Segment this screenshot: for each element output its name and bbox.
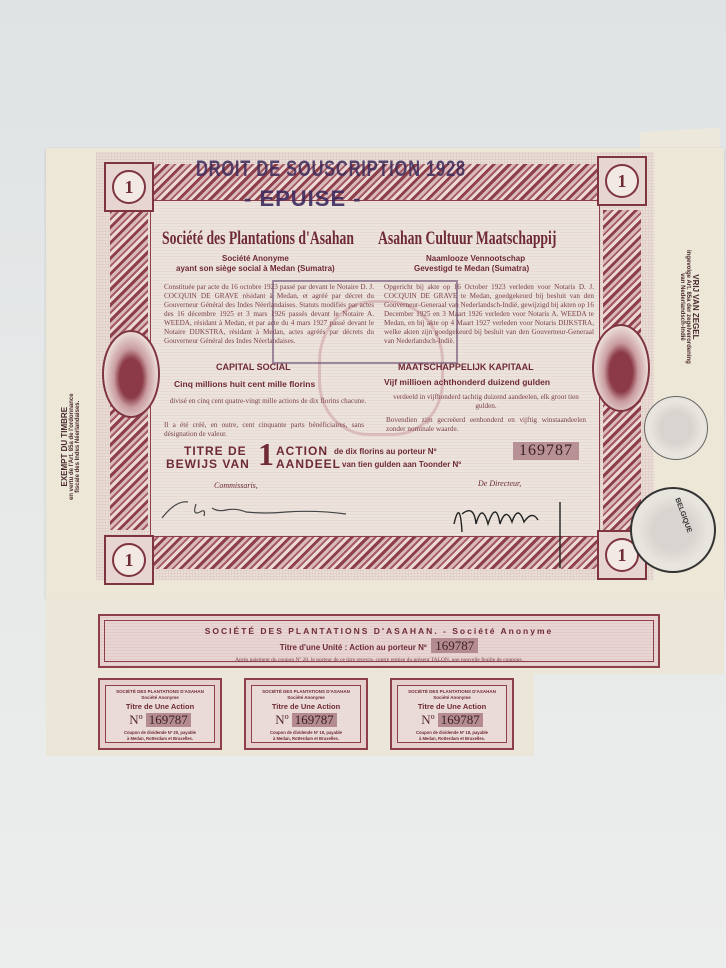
capital-division-nl: verdeeld in vijfhonderd tachtig duizend … — [386, 393, 586, 411]
embossed-seal — [644, 396, 708, 460]
belgian-tax-stamp: BELGIQUE — [630, 487, 716, 573]
share-title-nl-unit: AANDEEL — [276, 457, 341, 471]
share-count: 1 — [258, 438, 274, 470]
company-type-nl: Naamlooze Vennootschap — [426, 254, 525, 263]
forest-vignette-right — [592, 324, 650, 412]
company-type-fr: Société Anonyme — [222, 254, 289, 263]
palm-tree-vignette-left — [102, 330, 160, 418]
director-label: De Directeur, — [478, 479, 521, 488]
commissioner-label: Commissaris, — [214, 481, 258, 490]
dividend-coupon: SOCIÉTÉ DES PLANTATIONS D'ASAHAN Société… — [98, 678, 222, 750]
talon-serial-number: 169787 — [431, 638, 478, 653]
share-title-fr-unit: ACTION — [276, 444, 328, 458]
stamp-exemption-nl: VRIJ VAN ZEGEL ingevolge Art. 85a der ze… — [679, 250, 700, 364]
capital-amount-fr: Cinq millions huit cent mille florins — [174, 379, 315, 389]
coupon-serial-number: 169787 — [146, 713, 191, 727]
capital-heading-nl: MAATSCHAPPELIJK KAPITAAL — [398, 362, 534, 372]
share-title-nl-prefix: BEWIJS VAN — [166, 457, 250, 471]
dividend-coupon: SOCIÉTÉ DES PLANTATIONS D'ASAHAN Société… — [244, 678, 368, 750]
commissioner-signature — [156, 494, 356, 524]
company-seat-fr: ayant son siège social à Medan (Sumatra) — [176, 264, 335, 273]
coupon-serial-number: 169787 — [438, 713, 483, 727]
incorporation-text-fr: Constituée par acte du 16 octobre 1923 p… — [164, 283, 374, 346]
coupon-serial-number: 169787 — [292, 713, 337, 727]
capital-heading-fr: CAPITAL SOCIAL — [216, 362, 291, 372]
share-title-nl-suffix: van tien gulden aan Toonder Nº — [342, 460, 461, 469]
talon-note: Après paiement du coupon Nº 20, le porte… — [105, 657, 653, 663]
share-title-fr-suffix: de dix florins au porteur Nº — [334, 447, 437, 456]
share-serial-number: 169787 — [513, 442, 579, 460]
director-signature — [448, 494, 578, 574]
talon-unit-line: Titre d'une Unité : Action au porteur Nº — [280, 643, 427, 652]
talon-heading: SOCIÉTÉ DES PLANTATIONS D'ASAHAN. - Soci… — [105, 626, 653, 636]
capital-division-fr: divisé en cinq cent quatre-vingt mille a… — [168, 397, 368, 406]
company-name-nl: Asahan Cultuur Maatschappij — [378, 228, 556, 250]
corner-denomination-top-right: 1 — [597, 156, 647, 206]
founders-shares-nl: Bovendien zijn gecreëerd eenhonderd en v… — [386, 416, 586, 434]
company-name-fr: Société des Plantations d'Asahan — [162, 228, 354, 250]
talon: SOCIÉTÉ DES PLANTATIONS D'ASAHAN. - Soci… — [98, 614, 660, 668]
dividend-coupon: SOCIÉTÉ DES PLANTATIONS D'ASAHAN Société… — [390, 678, 514, 750]
epuise-stamp: - EPUISE - — [244, 186, 362, 212]
capital-amount-nl: Vijf millioen achthonderd duizend gulden — [384, 377, 550, 387]
corner-denomination-top-left: 1 — [104, 162, 154, 212]
incorporation-text-nl: Opgericht bij akte op 16 October 1923 ve… — [384, 283, 594, 346]
subscription-stamp: DROIT DE SOUSCRIPTION 1928 — [196, 156, 466, 182]
corner-denomination-bottom-left: 1 — [104, 535, 154, 585]
share-title-fr-prefix: TITRE DE — [184, 444, 247, 458]
company-seat-nl: Gevestigd te Medan (Sumatra) — [414, 264, 529, 273]
stamp-exemption-fr: EXEMPT DU TIMBRE en vertu de l'Art. 85a … — [60, 393, 81, 500]
